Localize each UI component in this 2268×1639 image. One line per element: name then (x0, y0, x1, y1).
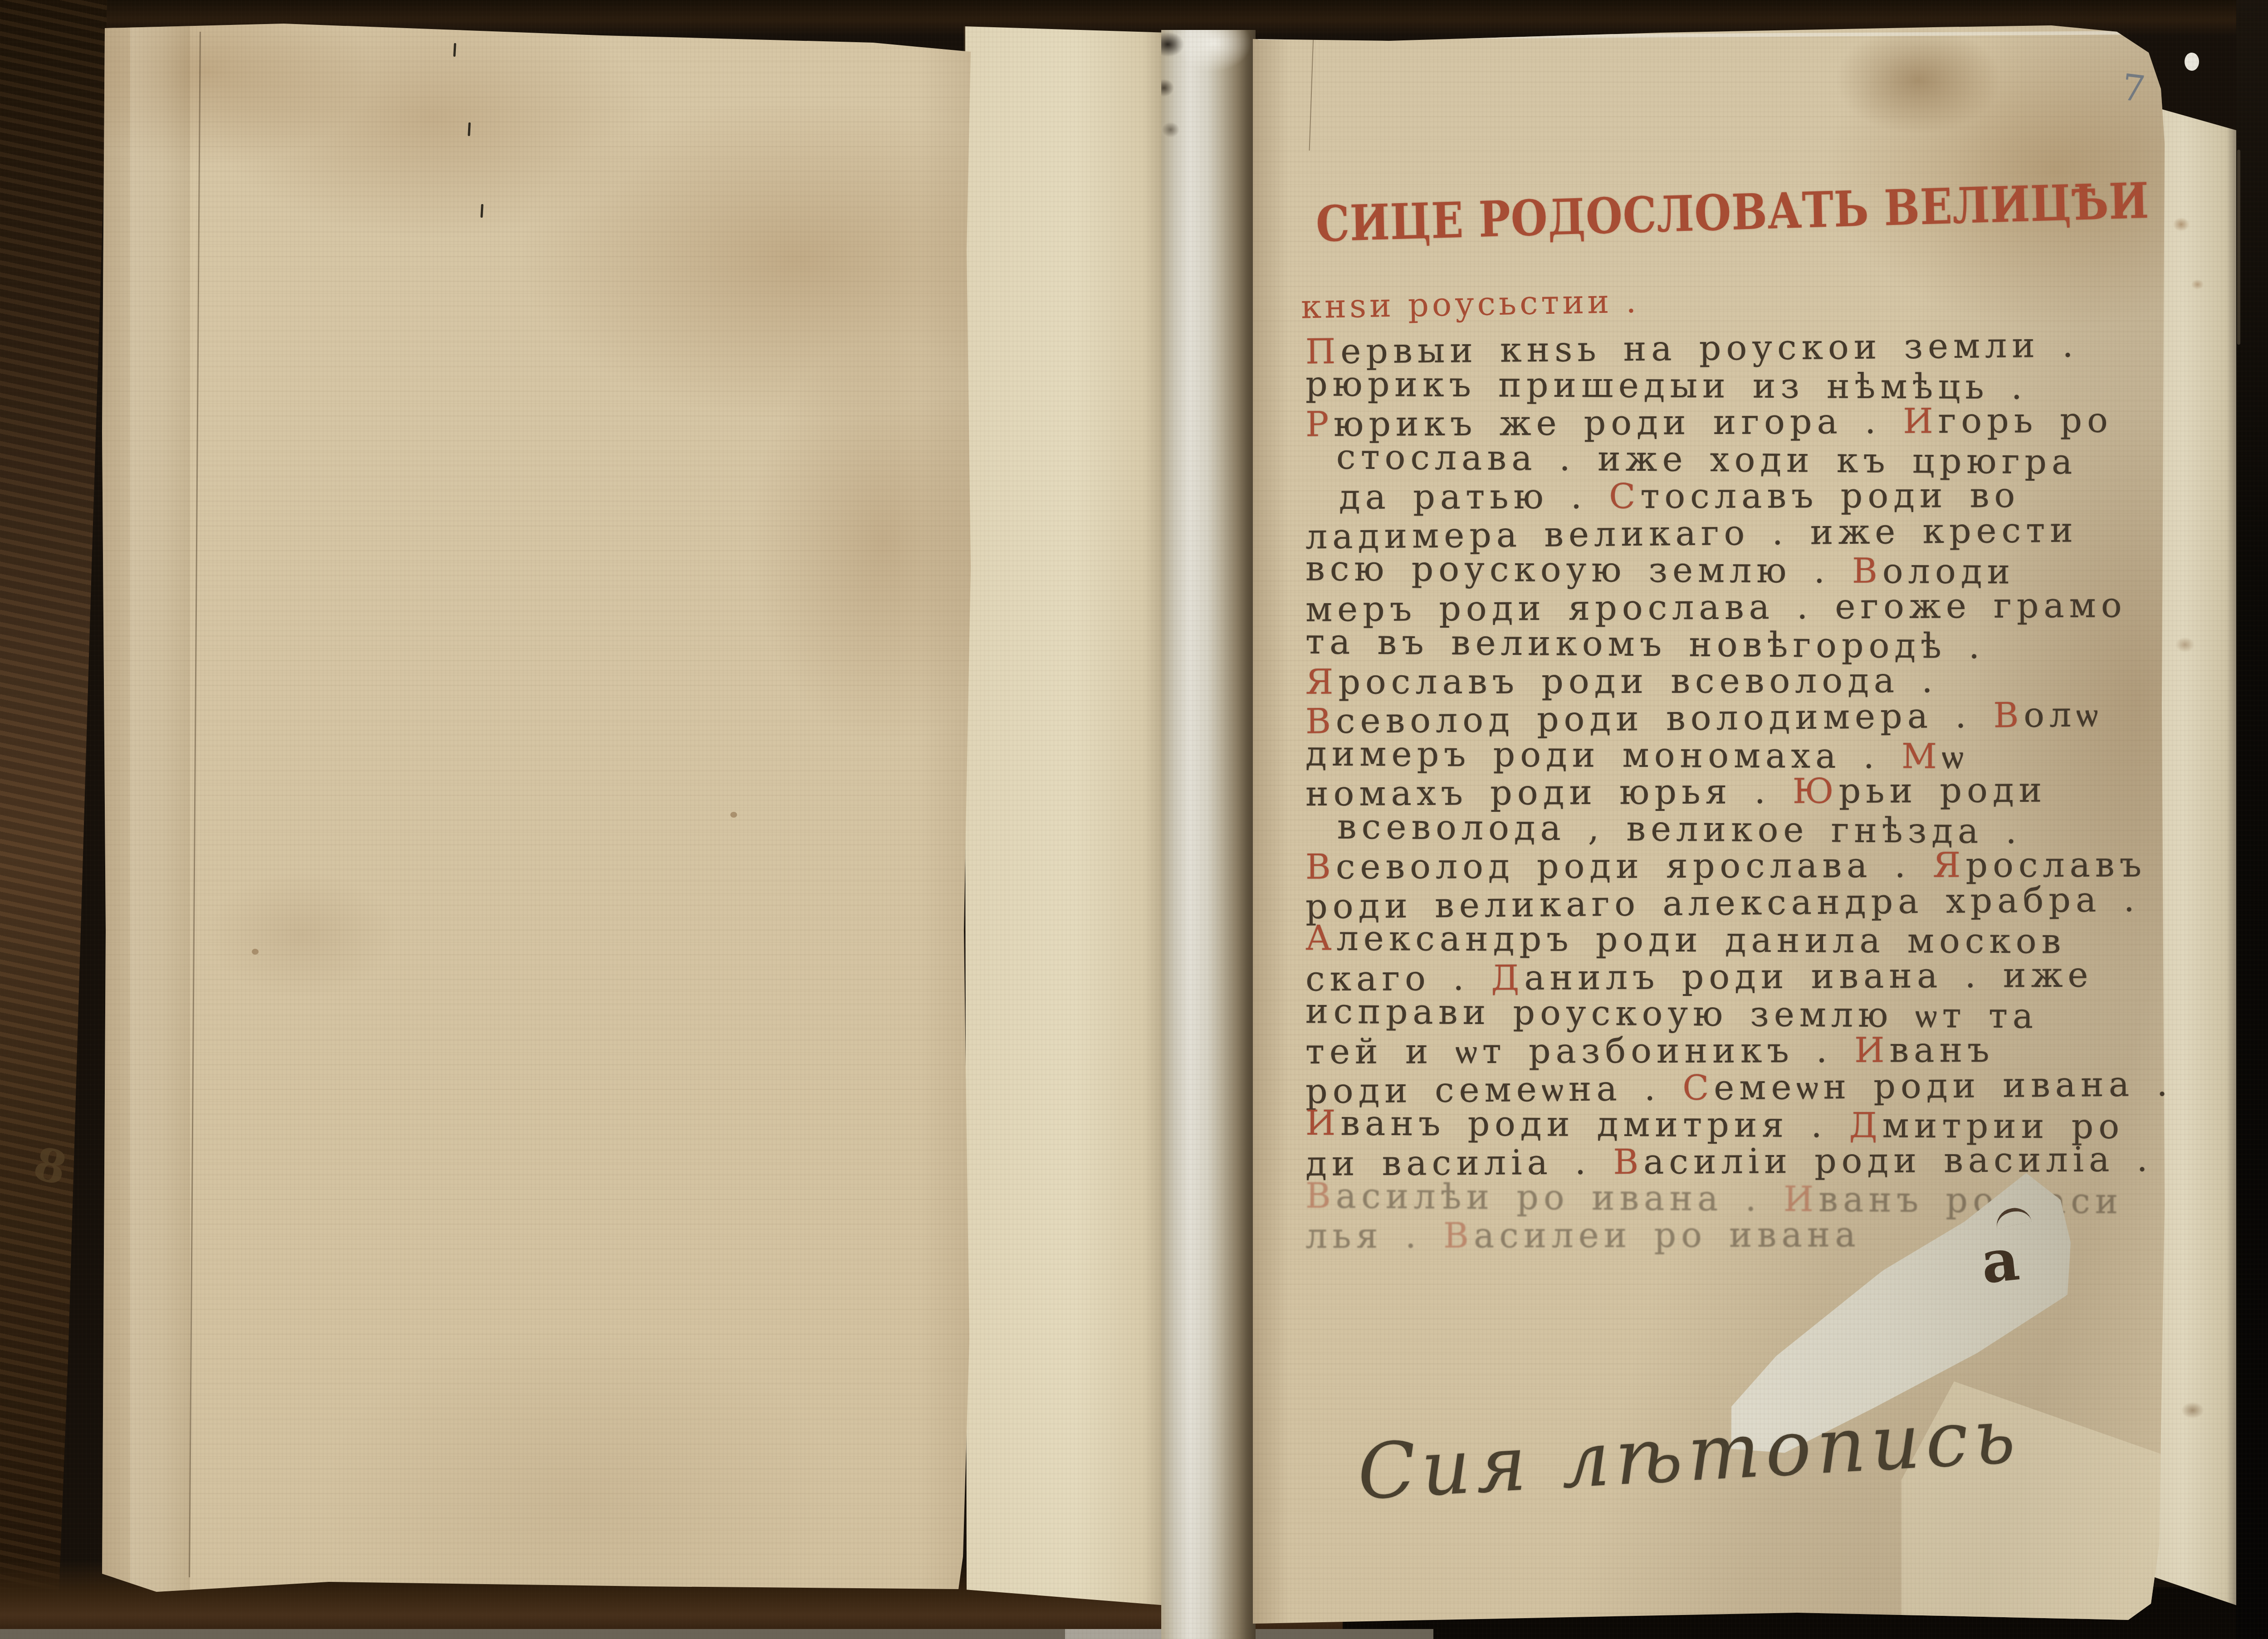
text-run: да ратью . (1339, 476, 1609, 517)
text-run: горь ро (1938, 400, 2113, 441)
text-run: Я (1933, 845, 1966, 885)
text-run: В (1443, 1215, 1474, 1256)
text-run: Я (1305, 662, 1339, 702)
text-run: В (1852, 551, 1882, 591)
text-run: олѡ (2024, 694, 2103, 735)
text-run: асиліи роди василіа . (1643, 1139, 2153, 1182)
text-run: тей и ѡт разбоиникъ . (1305, 1030, 1854, 1072)
text-run: всю роускоую землю . (1305, 548, 1853, 591)
text-run: ванъ роди дмитрия . (1340, 1102, 1849, 1145)
text-run: ванъ (1889, 1029, 1994, 1070)
text-run: И (1784, 1179, 1819, 1219)
text-run: димеръ роди мономаха . (1305, 733, 1901, 776)
manuscript-line: всю роускоую землю . Володи (1305, 548, 2015, 592)
chapter-title: СИЦЕ РОДОСЛОВАТЬ ВЕЛИЦѢИ (1315, 172, 2150, 253)
text-run: В (1305, 846, 1336, 887)
text-run: С (1682, 1067, 1714, 1108)
text-run: Ю (1793, 771, 1839, 811)
text-run: В (1305, 1176, 1336, 1216)
text-run: лья . (1305, 1215, 1443, 1256)
text-run: севолод роди ярослава . (1336, 845, 1933, 887)
text-run: И (1305, 1102, 1341, 1143)
text-run: анилъ роди ивана . иже (1524, 954, 2093, 998)
text-run: В (1613, 1141, 1643, 1182)
text-run: И (1854, 1030, 1890, 1070)
text-run: тославъ роди во (1640, 475, 2020, 516)
text-run: емеѡн роди ивана . (1714, 1063, 2173, 1108)
text-run: рьи роди (1838, 770, 2047, 811)
manuscript-photo: СИЦЕ РОДОСЛОВАТЬ ВЕЛИЦѢИ кнѕи роусьстии … (0, 0, 2268, 1639)
manuscript-line: та въ великомъ новѣгородѣ . (1305, 621, 1985, 666)
text-run: та въ великомъ новѣгородѣ . (1305, 621, 1985, 666)
text-run: асилѣи ро ивана . (1336, 1176, 1784, 1219)
text-run: А (1305, 917, 1337, 958)
quire-mark: а (1978, 1225, 2022, 1297)
text-run: асилеи ро ивана (1474, 1214, 1861, 1255)
text-run: рославъ роди всеволода . (1338, 660, 1937, 702)
text-run: ванъ ро васи (1818, 1179, 2123, 1222)
text-run: В (1993, 695, 2024, 736)
chapter-subtitle: кнѕи роусьстии . (1300, 282, 1639, 326)
text-run: С (1609, 476, 1640, 516)
text-run: Д (1849, 1105, 1882, 1145)
text-run: И (1903, 400, 1938, 441)
manuscript-line: Ярославъ роди всеволода . (1305, 660, 1938, 702)
manuscript-line: лья . Василеи ро ивана (1305, 1214, 1861, 1256)
text-block: СИЦЕ РОДОСЛОВАТЬ ВЕЛИЦѢИ кнѕи роусьстии … (0, 0, 2268, 1639)
text-run: Р (1305, 404, 1334, 444)
